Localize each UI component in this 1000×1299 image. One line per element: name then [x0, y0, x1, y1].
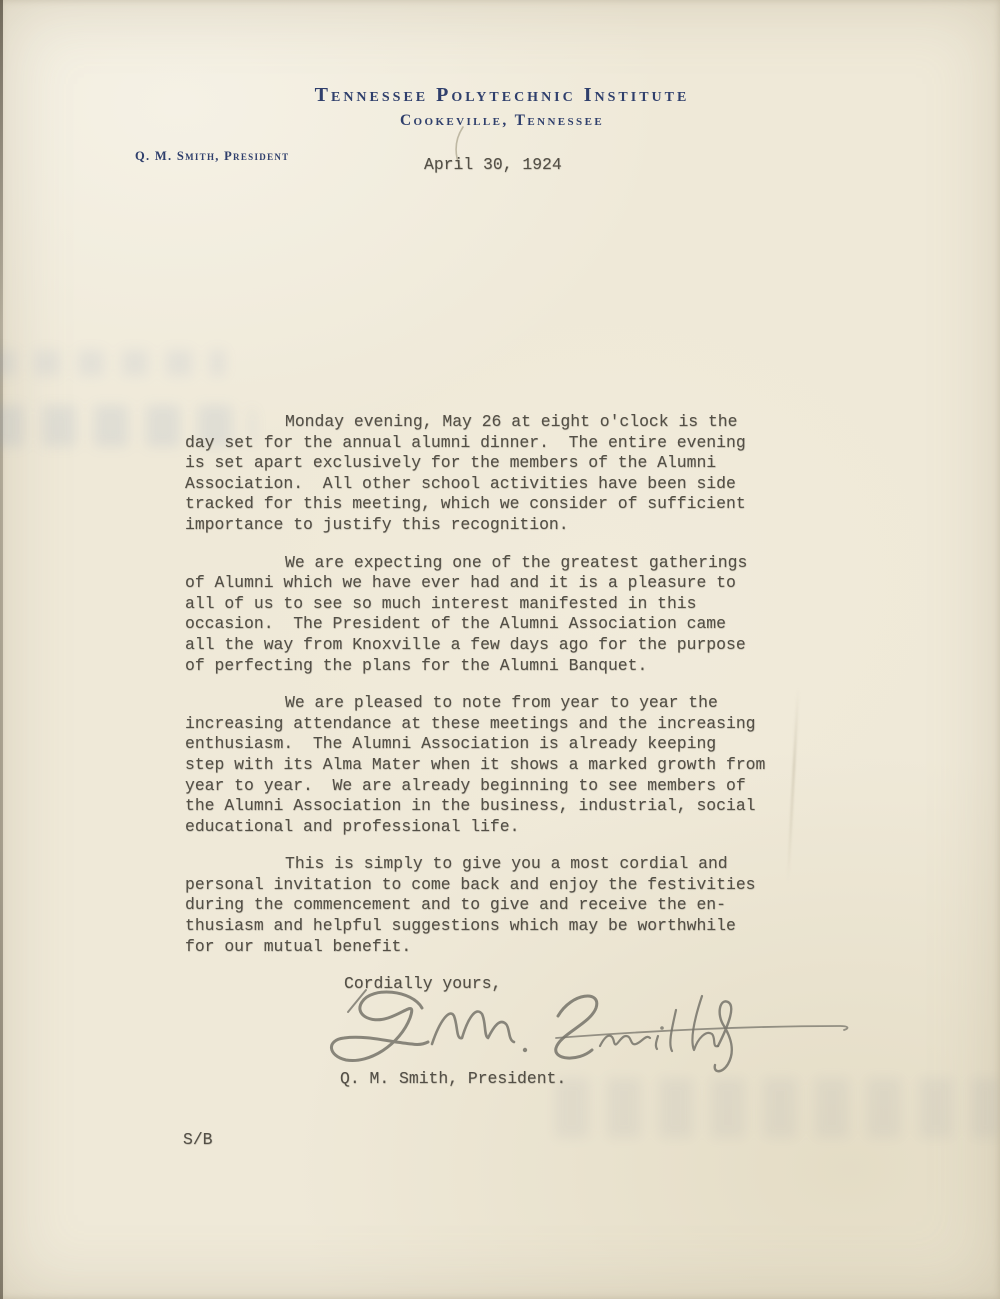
- body-line: all the way from Knoxville a few days ag…: [185, 635, 825, 656]
- paragraph: We are expecting one of the greatest gat…: [185, 553, 825, 677]
- paragraph: Monday evening, May 26 at eight o'clock …: [185, 412, 825, 536]
- paragraph: This is simply to give you a most cordia…: [185, 854, 825, 957]
- body-line: importance to justify this recognition.: [185, 515, 825, 536]
- body-line: We are pleased to note from year to year…: [185, 693, 825, 714]
- typist-initials: S/B: [183, 1130, 213, 1151]
- body-line: of perfecting the plans for the Alumni B…: [185, 656, 825, 677]
- body-line: personal invitation to come back and enj…: [185, 875, 825, 896]
- body-line: day set for the annual alumni dinner. Th…: [185, 433, 825, 454]
- body-line: increasing attendance at these meetings …: [185, 714, 825, 735]
- body-line: occasion. The President of the Alumni As…: [185, 614, 825, 635]
- body-line: year to year. We are already beginning t…: [185, 776, 825, 797]
- scanned-letter: Tennessee Polytechnic Institute Cookevil…: [0, 0, 1000, 1299]
- paragraph: We are pleased to note from year to year…: [185, 693, 825, 837]
- body-line: for our mutual benefit.: [185, 937, 825, 958]
- body-line: Monday evening, May 26 at eight o'clock …: [185, 412, 825, 433]
- body-line: We are expecting one of the greatest gat…: [185, 553, 825, 574]
- letter-date: April 30, 1924: [424, 155, 562, 176]
- body-line: educational and professional life.: [185, 817, 825, 838]
- body-line: step with its Alma Mater when it shows a…: [185, 755, 825, 776]
- letterhead-location: Cookeville, Tennessee: [2, 112, 1000, 130]
- body-line: all of us to see so much interest manife…: [185, 594, 825, 615]
- body-line: Association. All other school activities…: [185, 474, 825, 495]
- bleedthrough-ghost: [555, 1078, 1000, 1138]
- body-line: is set apart exclusively for the members…: [185, 453, 825, 474]
- body-line: the Alumni Association in the business, …: [185, 796, 825, 817]
- letter-body: Monday evening, May 26 at eight o'clock …: [185, 412, 825, 974]
- typed-signature: Q. M. Smith, President.: [340, 1069, 566, 1090]
- body-line: This is simply to give you a most cordia…: [185, 854, 825, 875]
- scan-edge-shadow: [0, 0, 3, 1299]
- letterhead-officer: Q. M. Smith, President: [135, 149, 289, 164]
- body-line: enthusiasm. The Alumni Association is al…: [185, 734, 825, 755]
- body-line: during the commencement and to give and …: [185, 895, 825, 916]
- body-line: thusiasm and helpful suggestions which m…: [185, 916, 825, 937]
- letterhead-institution: Tennessee Polytechnic Institute: [2, 84, 1000, 107]
- bleedthrough-ghost: [0, 350, 225, 376]
- body-line: tracked for this meeting, which we consi…: [185, 494, 825, 515]
- body-line: of Alumni which we have ever had and it …: [185, 573, 825, 594]
